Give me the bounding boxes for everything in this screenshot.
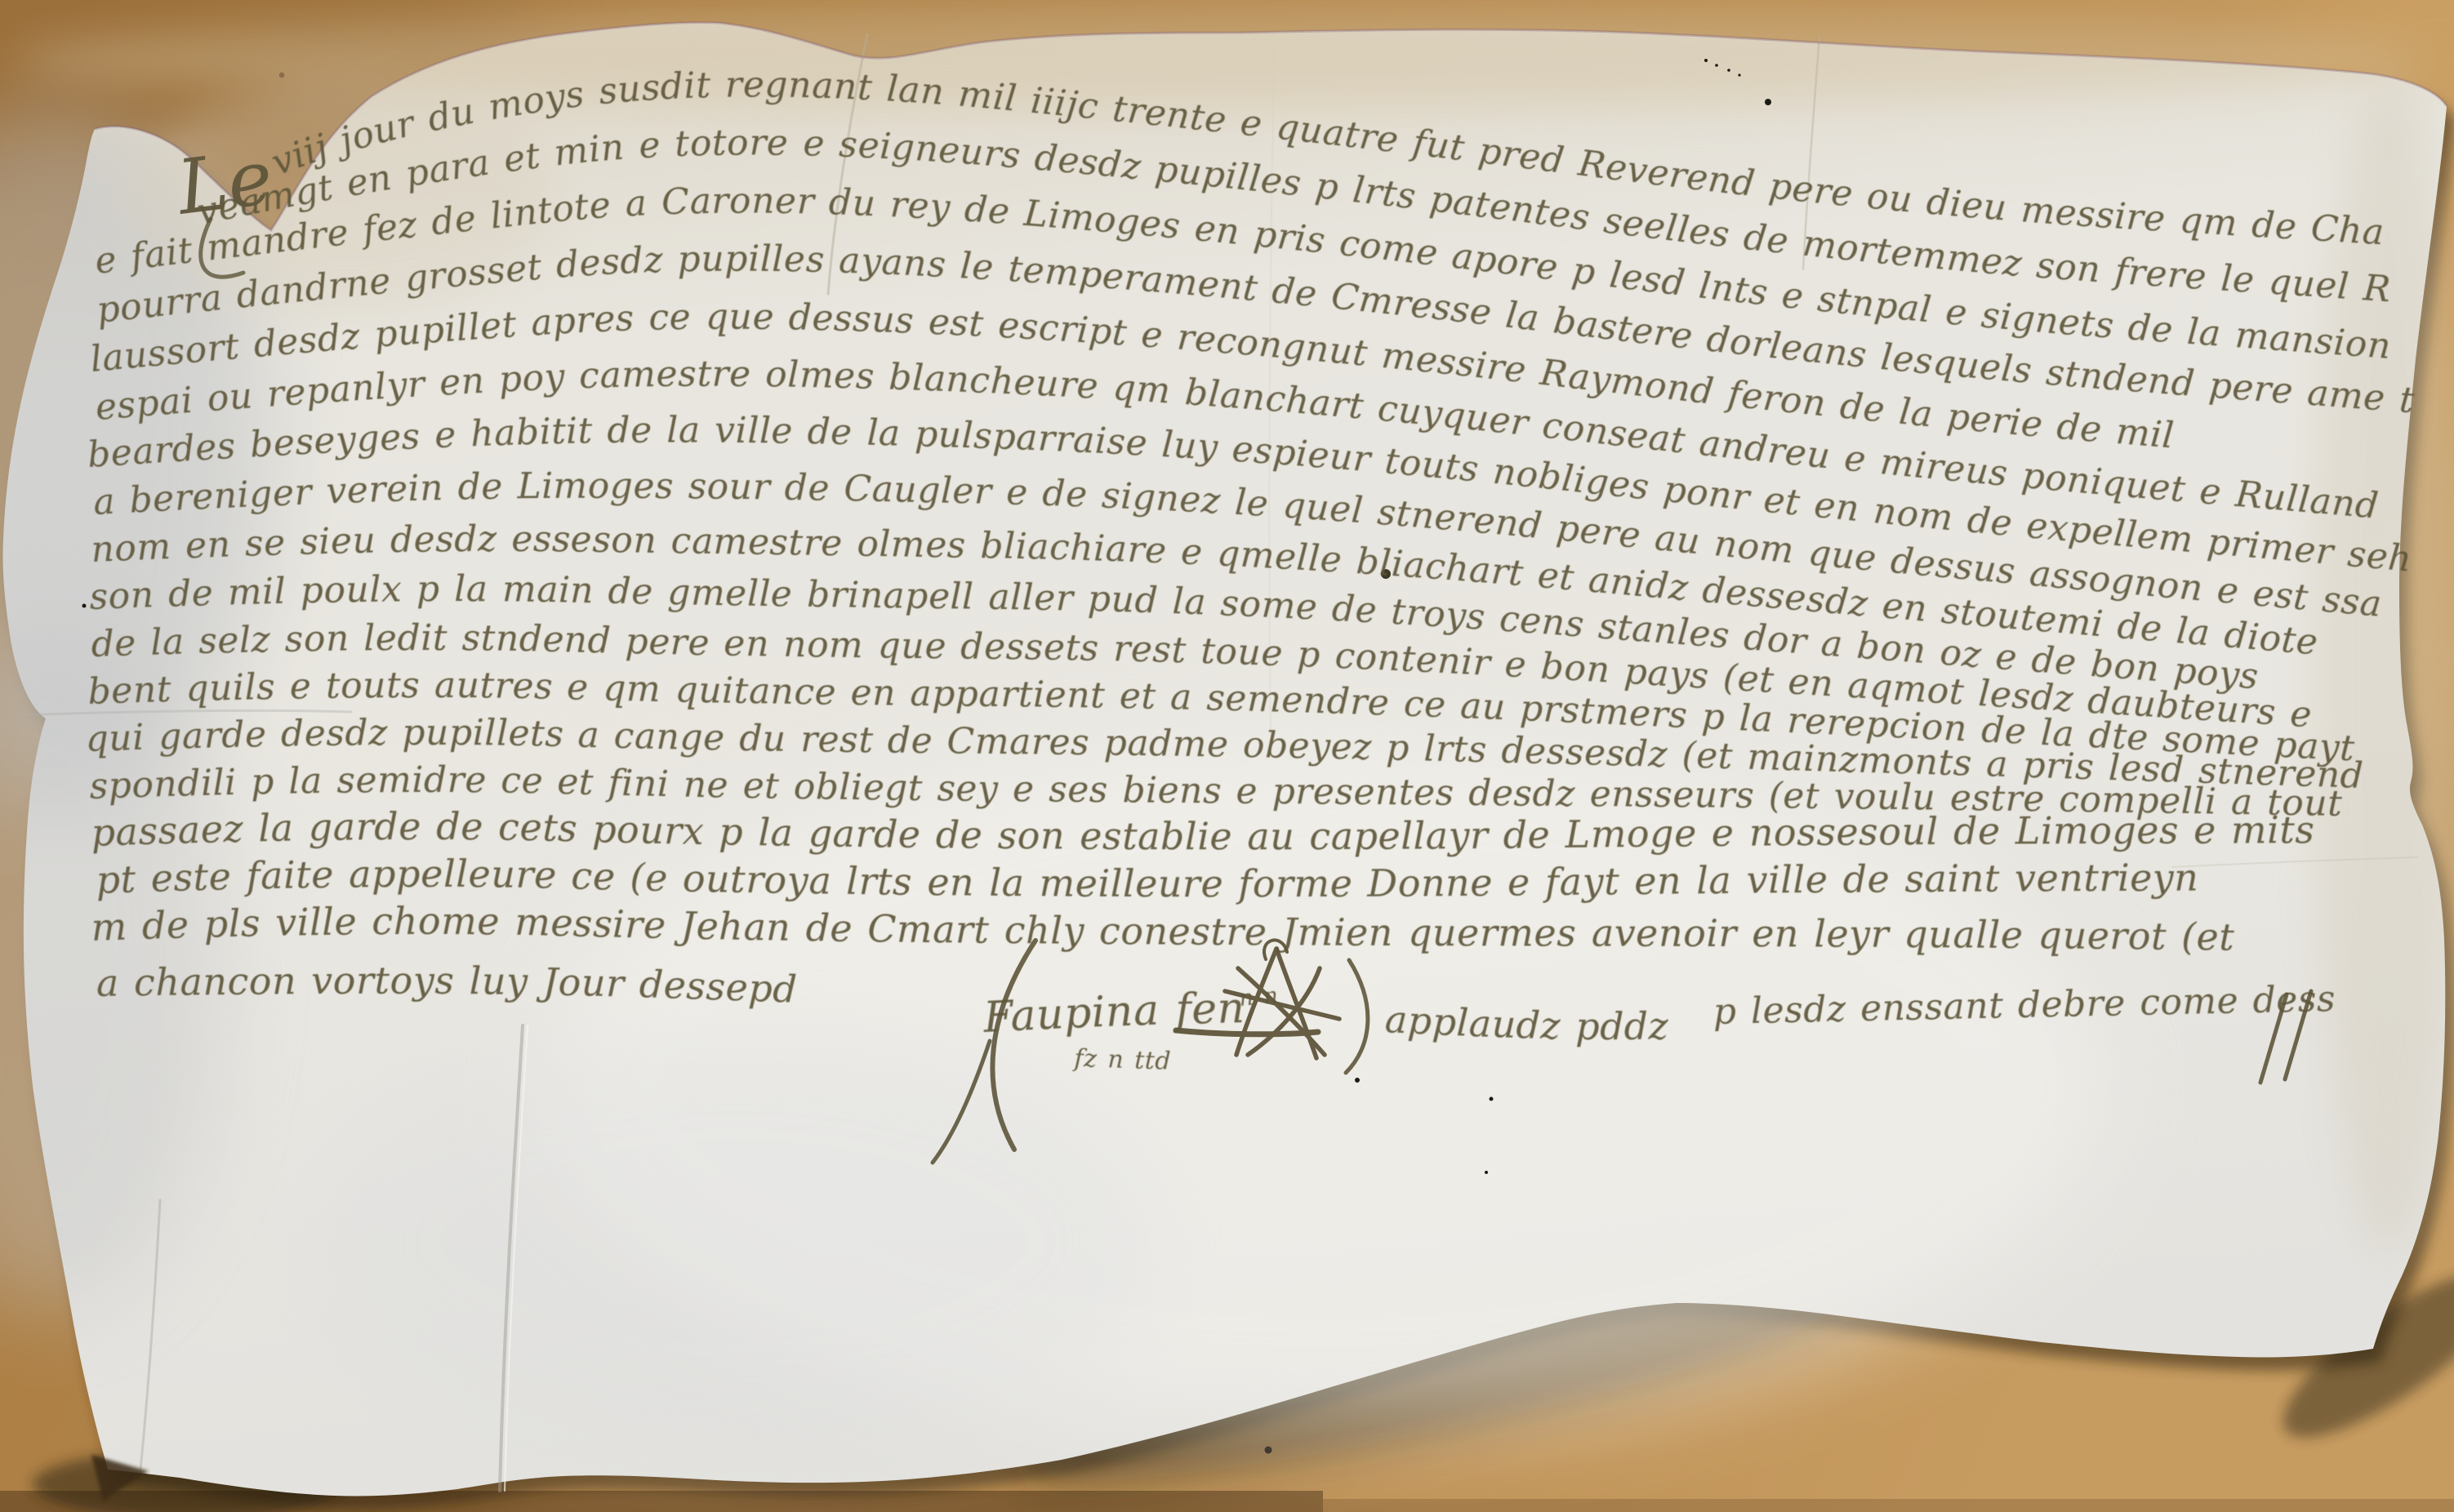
signature-segment-2: fz n ttd [1072,1044,1172,1076]
manuscript-photo: viij jour du moys susdit regnant lan mil… [0,0,2454,1512]
signature-segment-4: applaudz pddz [1384,997,1669,1048]
background-bottom-strip-right [1323,1499,2454,1512]
photo-canvas: viij jour du moys susdit regnant lan mil… [0,0,2454,1512]
opening-initial: Le [171,134,278,233]
